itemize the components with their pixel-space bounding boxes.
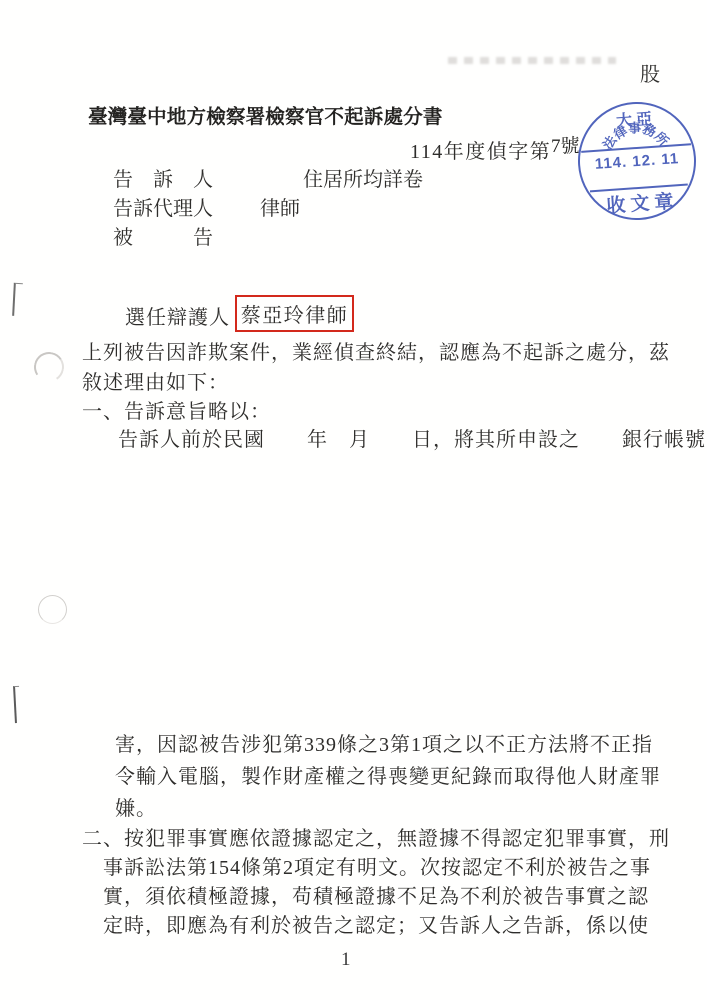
body-line: 令輸入電腦，製作財產權之得喪變更紀錄而取得他人財產罪 — [115, 760, 661, 789]
body-line: 定時，即應為有利於被告之認定；又告訴人之告訴，係以使 — [103, 909, 649, 938]
staple-mark-bottom — [13, 686, 21, 723]
body-line: 害，因認被告涉犯第339條之3第1項之以不正方法將不正指 — [115, 728, 653, 757]
body-line: 事訴訟法第154條第2項定有明文。次按認定不利於被告之事 — [103, 851, 651, 880]
defendant-label: 被 告 — [113, 221, 213, 250]
body-line: 嫌。 — [115, 792, 157, 821]
complainant-label: 告 訴 人 — [113, 163, 213, 192]
complainant-value: 住居所均詳卷 — [303, 163, 423, 192]
page-number: 1 — [341, 949, 351, 971]
body-line: 告訴人前於民國 年 月 日，將其所申設之 銀行帳號 — [118, 423, 706, 452]
erased-text-smudge — [448, 57, 616, 64]
body-line: 二、按犯罪事實應依證據認定之，無證據不得認定犯罪事實，刑 — [82, 822, 670, 851]
punch-hole-top — [31, 349, 67, 385]
department-label: 股 — [640, 58, 661, 87]
case-number-suffix: 7號 — [551, 131, 580, 158]
defense-counsel-name: 蔡亞玲律師 — [241, 299, 349, 328]
complainant-agent-value: 律師 — [260, 192, 300, 221]
defendant-row: 被 告 — [0, 221, 707, 247]
red-highlight-box: 蔡亞玲律師 — [235, 295, 354, 332]
body-line: 敘述理由如下： — [82, 366, 229, 395]
body-line: 上列被告因詐欺案件，業經偵查終結，認應為不起訴之處分，茲 — [82, 336, 670, 365]
complainant-agent-label: 告訴代理人 — [113, 192, 213, 221]
defense-counsel-row: 選任辯護人 蔡亞玲律師 — [0, 299, 707, 333]
scanned-legal-document: 股 臺灣臺中地方檢察署檢察官不起訴處分書 114年度偵字第 7號 告 訴 人 住… — [0, 0, 707, 1000]
punch-hole-bottom — [38, 595, 67, 624]
law-firm-receipt-stamp: 大亞 法律事務所 114. 12. 11 收文章 — [574, 98, 700, 224]
case-number-prefix: 114年度偵字第 — [410, 135, 551, 164]
document-title: 臺灣臺中地方檢察署檢察官不起訴處分書 — [88, 101, 443, 129]
defense-counsel-label: 選任辯護人 — [125, 301, 230, 330]
body-line: 實，須依積極證據，苟積極證據不足為不利於被告事實之認 — [103, 880, 649, 909]
body-line: 一、告訴意旨略以： — [82, 395, 271, 424]
staple-mark-top — [12, 283, 23, 316]
